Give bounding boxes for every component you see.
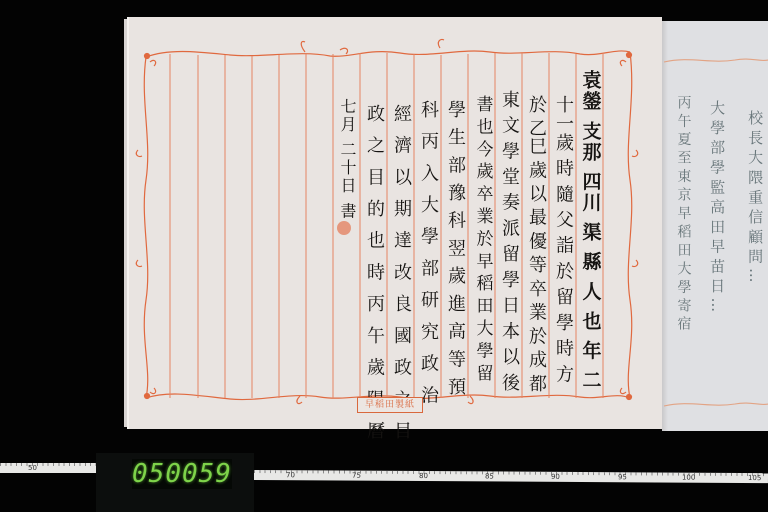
column-text: 學 生 部 豫 科 翌 歲 進 高 等 預 — [446, 100, 464, 397]
date-signature: 七月 二十日 書 — [339, 98, 355, 220]
letter-column-7: 科 丙 入 大 學 部 研 究 政 治 — [415, 100, 441, 408]
tape-ticks — [0, 463, 96, 466]
tape-label: 85 — [485, 472, 494, 480]
letter-column-4: 東 文 學 堂 奏 派 留 學 日 本 以 後 — [496, 90, 522, 392]
letter-column-6: 學 生 部 豫 科 翌 歲 進 高 等 預 — [442, 100, 468, 397]
frame-counter-value: 050059 — [132, 459, 232, 489]
tape-label: 50 — [28, 464, 37, 472]
right-page-column-1: 校 長 大 隈 重 信 顧 問 ... — [744, 110, 766, 282]
tape-label: 75 — [352, 472, 361, 480]
printer-stamp: 早稻田製紙 — [357, 397, 423, 413]
tape-label: 80 — [419, 472, 428, 480]
tape-label: 70 — [286, 471, 295, 479]
column-text: 書 也 今 歲 卒 業 於 早 稻 田 大 學 留 — [474, 95, 491, 381]
column-text: 經 濟 以 期 達 改 良 國 政 之 目 — [392, 104, 410, 443]
tape-label: 105 — [748, 474, 761, 482]
red-seal — [337, 221, 351, 235]
letter-column-1: 袁鎣 支那 四川 渠 縣 人 也 年 二 — [577, 70, 603, 391]
letter-column-date: 七月 二十日 書 — [334, 98, 360, 220]
letter-column-8: 經 濟 以 期 達 改 良 國 政 之 目 — [388, 104, 414, 443]
column-text: 丙 午 夏 至 東 京 早 稻 田 大 學 寄 宿 — [674, 95, 693, 330]
column-text: 校 長 大 隈 重 信 顧 問 ... — [745, 110, 765, 282]
frame-counter-display: 050059 — [132, 459, 232, 489]
right-page-column-3: 丙 午 夏 至 東 京 早 稻 田 大 學 寄 宿 — [672, 95, 694, 330]
column-text: 大 學 部 學 監 高 田 早 苗 日 ... — [707, 100, 727, 312]
tape-label: 95 — [618, 473, 627, 481]
measuring-tape-left: 50 — [0, 463, 96, 473]
column-text: 政 之 目 的 也 時 丙 午 歲 陽 曆 — [365, 104, 383, 443]
right-page-column-2: 大 學 部 學 監 高 田 早 苗 日 ... — [706, 100, 728, 312]
column-text: 東 文 學 堂 奏 派 留 學 日 本 以 後 — [500, 90, 518, 392]
column-text: 袁鎣 支那 四川 渠 縣 人 也 年 二 — [581, 70, 600, 391]
tape-label: 90 — [551, 473, 560, 481]
letter-column-9: 政 之 目 的 也 時 丙 午 歲 陽 曆 — [361, 104, 387, 443]
column-text: 科 丙 入 大 學 部 研 究 政 治 — [419, 100, 437, 408]
column-text: 於 乙巳 歲 以 最 優 等 卒 業 於 成 都 — [527, 95, 545, 392]
letter-column-2: 十一歲 時 隨 父 詣 於 留 學 時 方 — [550, 95, 576, 384]
letter-column-5: 書 也 今 歲 卒 業 於 早 稻 田 大 學 留 — [469, 95, 495, 381]
column-text: 十一歲 時 隨 父 詣 於 留 學 時 方 — [554, 95, 572, 384]
tape-label: 100 — [682, 474, 695, 482]
letter-column-3: 於 乙巳 歲 以 最 優 等 卒 業 於 成 都 — [523, 95, 549, 392]
